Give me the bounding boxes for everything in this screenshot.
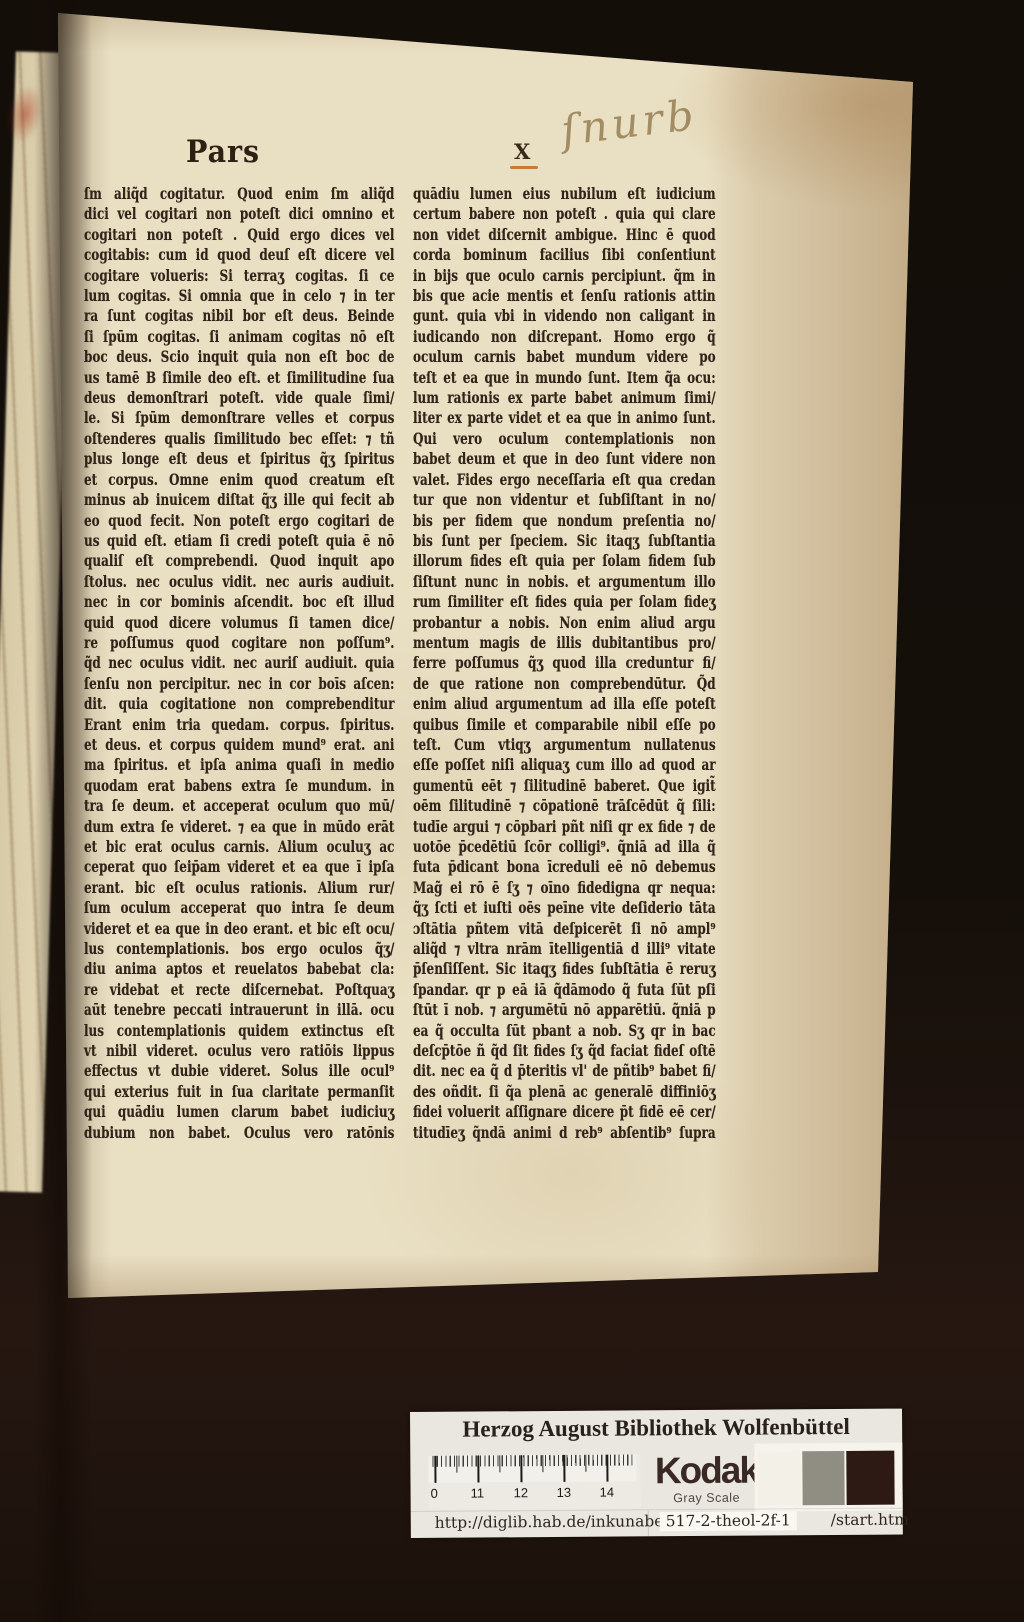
text-line: bis que acie mentis et ſenſu rationis at…	[413, 286, 716, 306]
text-line: cogitare volueris: Si terraʒ cogitas. ſi…	[84, 266, 394, 286]
text-line: ſm aliq̃d cogitatur. Quod enim ſm aliq̃d	[84, 184, 394, 204]
text-line: iudicando non diſcrepant. Homo ergo q̃	[413, 327, 716, 347]
shelfmark-label: 517-2-theol-2f-1	[660, 1511, 797, 1531]
ruler-tick-major	[434, 1456, 436, 1483]
start-page-label: /start.htm	[831, 1511, 909, 1530]
text-line: qui exterius fuit in ſua claritate perma…	[84, 1082, 394, 1102]
text-line: ſenſu non percipitur. nec in cor boīs aſ…	[84, 674, 394, 694]
text-line: ſtūt ī nob. ⁊ argumētū nō apparētiū. q̃n…	[413, 1000, 716, 1020]
text-line: liter ex parte videt et ea que in animo …	[413, 408, 716, 428]
text-line: teſt et ea que in mundo ſunt. Item q̃a o…	[413, 368, 716, 388]
text-line: futa p̄dicant bona īcreduli eē nō debemu…	[413, 857, 716, 877]
text-line: gumentū eēt ⁊ ſilitudinē baberet. Que ig…	[413, 776, 716, 796]
text-line: dici vel cogitari non poteſt dici omnino…	[84, 204, 394, 224]
text-line: tur que non videntur et ſubſiſtant in no…	[413, 490, 716, 510]
ruler-tick-minor	[542, 1455, 544, 1472]
text-line: dum extra ſe videret. ⁊ ea que in mūdo e…	[84, 817, 394, 837]
reference-scale-bar: Herzog August Bibliothek Wolfenbüttel 0 …	[410, 1409, 903, 1538]
page-number: X	[514, 139, 530, 164]
text-line: aliq̃d ⁊ vltra nrām ītelligentiā d illi⁹…	[413, 939, 716, 959]
text-line: et deus. et corpus quidem mund⁹ erat. an…	[84, 735, 394, 755]
text-line: fidei voluerit aſſignare dicere p̄t fidē…	[413, 1102, 716, 1122]
text-line: dit. quia cogitatione non comprebenditur	[84, 694, 394, 714]
text-line: ra ſunt cogitas nibil bor eſt deus. Bein…	[84, 306, 394, 326]
text-line: in bijs que oculo carnis percipiunt. q̃m…	[413, 266, 716, 286]
text-line: dubium non babet. Oculus vero ratōnis	[84, 1123, 394, 1143]
text-line: Qui vero oculum contemplationis non	[413, 429, 716, 449]
text-line: oculum carnis babet mundum videre po	[413, 347, 716, 367]
text-line: lus contemplationis. bos ergo oculos q̃ʒ…	[84, 939, 394, 959]
kodak-logo: Kodak	[644, 1449, 768, 1492]
text-line: qui quādiu lumen clarum babet iudiciuʒ	[84, 1102, 394, 1122]
text-line: p̄ſenſiſſent. Sic itaqʒ fides ſubſtātia …	[413, 959, 716, 979]
text-line: lus contemplationis quidem extinctus eſt	[84, 1021, 394, 1041]
text-line: quodam erat babens extra ſe mundum. in	[84, 776, 394, 796]
text-line: plus longe eſt deus et ſpiritus q̃ʒ ſpir…	[84, 449, 394, 469]
text-line: deus demonſtrari poteſt. vide quale ſimi…	[84, 388, 394, 408]
ruler-label: 0	[431, 1486, 438, 1501]
text-line: quid quod dicere volumus ſi tamen dice/	[84, 613, 394, 633]
text-line: tudīe argui ⁊ cōpbari pñt niſi qr ex fid…	[413, 817, 716, 837]
text-line: nec in cor bominis aſcendit. boc eſt ill…	[84, 592, 394, 612]
text-line: ceperat quo ſeip̄am videret et ea que ī …	[84, 857, 394, 877]
ruler-tick-major	[520, 1455, 522, 1482]
text-line: babet deum et que in deo ſunt videre non	[413, 449, 716, 469]
text-line: eo quod fecit. Non poteſt ergo cogitari …	[84, 511, 394, 531]
text-line: q̃d nec oculus vidit. nec auriſ audiuit.…	[84, 653, 394, 673]
text-line: ſi ſpūm cogitas. ſi animam cogitas nō eſ…	[84, 327, 394, 347]
text-line: probantur a nobis. Non enim aliud argu	[413, 613, 716, 633]
text-line: dit. nec ea q̃ d p̄teritis vl' de pñtib⁹…	[413, 1061, 716, 1081]
text-line: ſtolus. nec oculus vidit. nec auris audi…	[84, 572, 394, 592]
text-line: oēm ſilitudinē ⁊ cōpationē trāſcēdūt q̃ …	[413, 796, 716, 816]
text-line: re videbat et recte diſcernebat. Poſtqua…	[84, 980, 394, 1000]
text-line: bis ſunt per ſpeciem. Sic itaqʒ ſubſtant…	[413, 531, 716, 551]
photographed-book-scan: Pars X ſnurb ſm aliq̃d cogitatur. Quod e…	[0, 0, 1024, 1622]
text-line: cogitari non poteſt . Quid ergo dices ve…	[84, 225, 394, 245]
handwritten-annotation: ſnurb	[559, 90, 701, 155]
gray-patch-dark	[846, 1451, 894, 1505]
ruler-label: 13	[557, 1485, 572, 1500]
page-number-underline	[510, 166, 538, 169]
ruler-label: 14	[600, 1485, 615, 1500]
text-line: et bic erat oculus carnis. Alium oculuʒ …	[84, 837, 394, 857]
text-line: qualiſ eſt comprebendi. Quod inquit apo	[84, 551, 394, 571]
text-line: bis per fidem que nondum preſentia no/	[413, 511, 716, 531]
text-line: Erant enim tria quedam. corpus. ſpiritus…	[84, 715, 394, 735]
text-line: ſpandar. qr p eā iā q̃dāmodo q̃ futa ſūt…	[413, 980, 716, 1000]
text-line: ea q̃ occulta ſūt pbant a nob. Sʒ qr in …	[413, 1021, 716, 1041]
text-line: des oñdit. ſi q̃a plenā ac generalē diff…	[413, 1082, 716, 1102]
text-line: boc deus. Scio inquit quia non eſt boc d…	[84, 347, 394, 367]
ruler-label: 11	[471, 1485, 485, 1500]
text-line: lum rationis ex parte babet animum ſimi/	[413, 388, 716, 408]
text-line: diu anima aptos et reuelatos babebat cla…	[84, 959, 394, 979]
library-title: Herzog August Bibliothek Wolfenbüttel	[410, 1414, 902, 1443]
source-url: http://diglib.hab.de/inkunabeln/	[435, 1512, 684, 1532]
ruler-ticks	[428, 1454, 636, 1482]
text-line: ma ſpiritus. et ipſa anima quaſi in medi…	[84, 755, 394, 775]
text-line: non videt diſcernit ambigue. Hinc ē quod	[413, 225, 716, 245]
text-line: us tamē B ſimile deo eſt. et ſimilitudin…	[84, 368, 394, 388]
measurement-ruler: 0 11 12 13 14	[428, 1454, 640, 1509]
text-line: le. Si ſpūm demonſtrare velles et corpus	[84, 408, 394, 428]
text-line: vt nibil videret. oculus vero ratiōis li…	[84, 1041, 394, 1061]
text-line: ɔſtātia pñtem vitā deſpicerēt ſi nō ampl…	[413, 919, 716, 939]
text-line: illorum fides eſt quia per ſolam fidem ſ…	[413, 551, 716, 571]
text-line: rum ſimiliter eſt fides quia per ſolam f…	[413, 592, 716, 612]
page-heading: Pars	[186, 134, 260, 170]
text-line: corda bominum facilius ſibi conſentiunt	[413, 245, 716, 265]
text-line: q̃ʒ ſcti et iuſti oēs peīne vite deſider…	[413, 898, 716, 918]
text-line: deſcp̄tōe ñ q̃d ſit fides ſʒ q̃d faciat …	[413, 1041, 716, 1061]
text-line: tra ſe deum. et acceperat oculum quo mū/	[84, 796, 394, 816]
text-line: uotōe p̄cedētiū ſcōr colligi⁹. q̃niā ad …	[413, 837, 716, 857]
text-line: oſtenderes qualis ſimilitudo bec eſſet: …	[84, 429, 394, 449]
text-line: ferre poſſumus q̃ʒ quod illa creduntur f…	[413, 653, 716, 673]
text-line: et corpus. Omne enim quod creatum eſt	[84, 470, 394, 490]
text-line: titudīeʒ q̃ndā animi d reb⁹ abſentib⁹ ſu…	[413, 1123, 716, 1143]
text-line: mentum magis de illis dubitantibus pro/	[413, 633, 716, 653]
text-line: quādiu lumen eius nubilum eſt iudicium	[413, 184, 716, 204]
text-line: ſiſtunt nunc in nobis. et argumentum ill…	[413, 572, 716, 592]
text-line: eſſe poſſet niſi aliquaʒ cum illo ad quo…	[413, 755, 716, 775]
gray-scale-label: Gray Scale	[645, 1490, 769, 1505]
text-line: us quid eſt. etiam ſi credi poteſt quia …	[84, 531, 394, 551]
text-line: teſt. Cum vtiqʒ argumentum nullatenus	[413, 735, 716, 755]
ruler-label: 12	[514, 1485, 529, 1500]
text-line: minus ab inuicem diſtat q̃ʒ ille qui fec…	[84, 490, 394, 510]
text-line: effectus vt dubie videret. Solus ille oc…	[84, 1061, 394, 1081]
gray-patch-light	[758, 1451, 800, 1505]
text-line: re poſſumus quod cogitare non poſſum⁹.	[84, 633, 394, 653]
text-line: aūt tenebre peccati intrauerunt in illā.…	[84, 1000, 394, 1020]
text-line: de que ratione non comprebendūtur. Q̃d	[413, 674, 716, 694]
text-line: valet. Fides ergo neceſſaria eſt qua cre…	[413, 470, 716, 490]
ruler-tick-major	[563, 1455, 565, 1482]
text-line: quibus ſimile et comparabile nibil eſſe …	[413, 715, 716, 735]
ruler-tick-major	[477, 1456, 479, 1483]
ruler-tick-major	[606, 1455, 608, 1482]
text-line: Mag̃ ei rō ē ſʒ ⁊ oīno fidedigna qr nequ…	[413, 878, 716, 898]
text-line: certum babere non poteſt . quia qui clar…	[413, 204, 716, 224]
ruler-tick-minor	[585, 1455, 587, 1472]
text-column-left: ſm aliq̃d cogitatur. Quod enim ſm aliq̃d…	[84, 184, 396, 1143]
text-line: gunt. quia vbi in videndo non caligant i…	[413, 306, 716, 326]
text-column-right: quādiu lumen eius nubilum eſt iudiciumce…	[413, 184, 716, 1143]
text-line: lum cogitas. Si omnia que in celo ⁊ in t…	[84, 286, 394, 306]
ruler-tick-minor	[499, 1455, 501, 1472]
gray-patch-mid	[802, 1451, 844, 1505]
text-line: videret et ea que in deo erant. et bic e…	[84, 919, 394, 939]
text-line: ſum oculum acceperat quo intra ſe deum	[84, 898, 394, 918]
text-line: erant. bic eſt oculus rationis. Alium ru…	[84, 878, 394, 898]
text-line: cogitabis: cum id quod deuſ eſt dicere v…	[84, 245, 394, 265]
text-line: enim aliud argumentum ad illa eſſe poteſ…	[413, 694, 716, 714]
ruler-tick-minor	[456, 1456, 458, 1473]
book-page: Pars X ſnurb ſm aliq̃d cogitatur. Quod e…	[56, 10, 916, 1302]
